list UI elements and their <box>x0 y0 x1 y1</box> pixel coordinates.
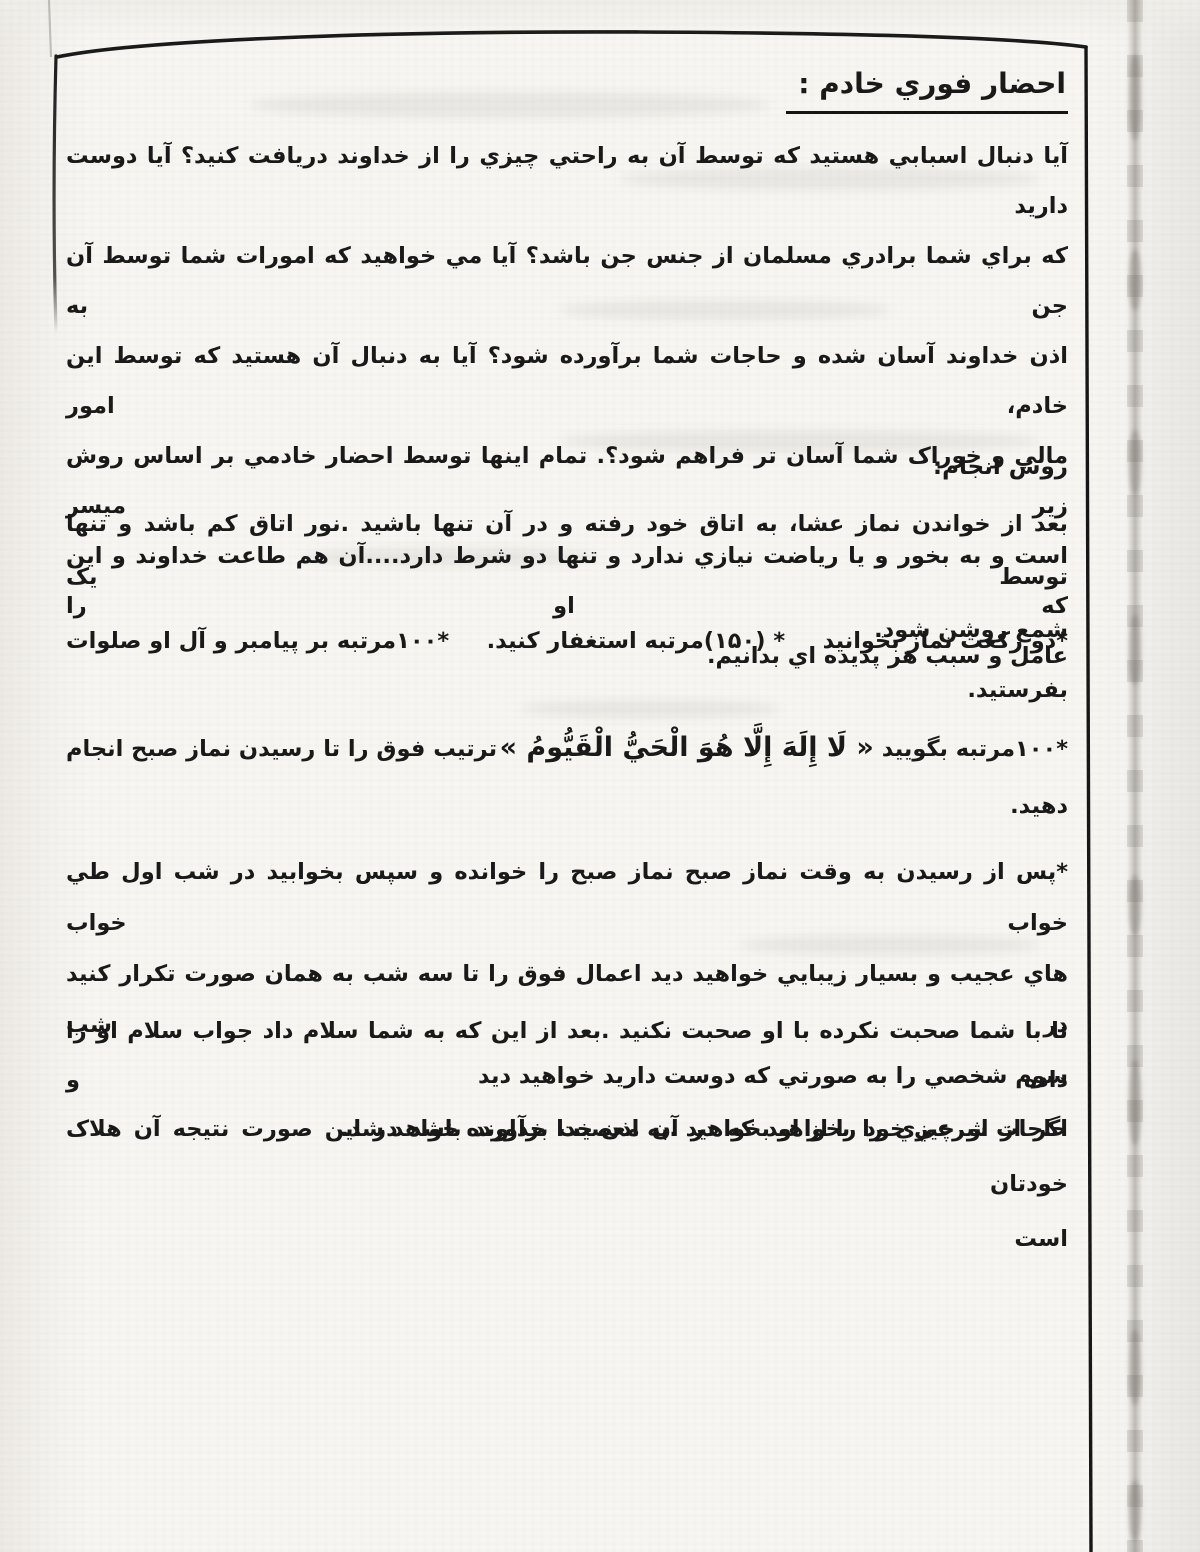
zikr-row: *۱۰۰مرتبه بگوييد « لَا إِلَهَ إِلَّا هُو… <box>66 716 1068 781</box>
steps-row: *دو ركعت نماز بخوانيد * (۱۵۰)مرتبه استغف… <box>66 617 1068 666</box>
page-title: احضار فوري خادم : <box>786 64 1068 114</box>
zikr-tail: ترتيب فوق را تا رسيدن نماز صبح انجام <box>66 717 497 781</box>
warning-line-1: اگر از او چيزي را بخواهيد كه در آن معصيت… <box>66 1102 1068 1212</box>
zikr-text: « لَا إِلَهَ إِلَّا هُوَ الْحَيُّ الْقَي… <box>500 732 874 763</box>
step-continuation: بفرستيد. <box>66 666 1068 715</box>
warning-line-2: است <box>66 1212 1068 1267</box>
warning-paragraph: اگر از او چيزي را بخواهيد كه در آن معصيت… <box>66 1102 1068 1267</box>
meeting-line-1: تا با شما صحبت نكرده با او صحبت نكنيد .ب… <box>66 1007 1068 1105</box>
zikr-continuation: دهيد. <box>66 781 1068 831</box>
intro-line-1: آيا دنبال اسبابي هستيد كه توسط آن به راح… <box>66 131 1068 231</box>
zikr-lead-wrap: *۱۰۰مرتبه بگوييد « لَا إِلَهَ إِلَّا هُو… <box>500 716 1068 781</box>
zikr-block: *۱۰۰مرتبه بگوييد « لَا إِلَهَ إِلَّا هُو… <box>66 716 1068 831</box>
steps-row-block: *دو ركعت نماز بخوانيد * (۱۵۰)مرتبه استغف… <box>66 617 1068 715</box>
step-item-1: *دو ركعت نماز بخوانيد <box>823 617 1068 666</box>
dream-line-1: *پس از رسيدن به وقت نماز صبح نماز صبح را… <box>66 847 1068 949</box>
method-heading-block: روش انجام: <box>66 442 1068 492</box>
method-heading: روش انجام: <box>66 442 1068 492</box>
step-item-2: * (۱۵۰)مرتبه استغفار كنيد. <box>487 617 786 666</box>
intro-line-2: كه براي شما برادري مسلمان از جنس جن باشد… <box>66 231 1068 331</box>
step-item-3: *۱۰۰مرتبه بر پيامبر و آل او صلوات <box>66 617 449 666</box>
scan-page: احضار فوري خادم : آيا دنبال اسبابي هستيد… <box>0 0 1200 1552</box>
zikr-lead: *۱۰۰مرتبه بگوييد <box>882 736 1068 762</box>
title-block: احضار فوري خادم : <box>66 64 1068 114</box>
method-line-1: بعد از خواندن نماز عشا، به اتاق خود رفته… <box>66 498 1068 604</box>
intro-line-3: اذن خداوند آسان شده و حاجات شما برآورده … <box>66 331 1068 431</box>
